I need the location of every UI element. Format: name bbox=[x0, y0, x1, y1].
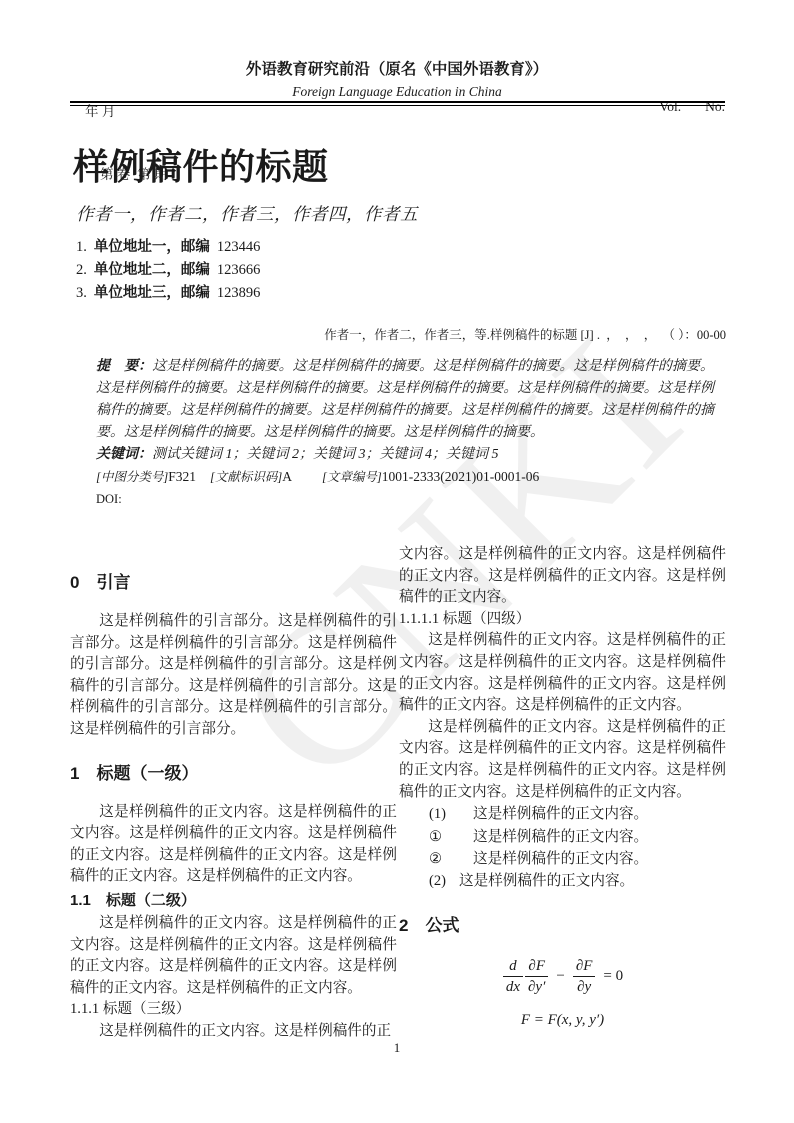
section-1-1-heading: 1.1 标题（二级） bbox=[70, 890, 397, 911]
fraction-d-dx: ddx bbox=[502, 957, 524, 996]
section-1-1-1-paragraph-continued: 文内容。这是样例稿件的正文内容。这是样例稿件的正文内容。这是样例稿件的正文内容。… bbox=[399, 544, 726, 609]
keywords-text: 测试关键词 1；关键词 2；关键词 3；关键词 4；关键词 5 bbox=[152, 447, 499, 462]
abstract-block: 提 要：这是样例稿件的摘要。这是样例稿件的摘要。这是样例稿件的摘要。这是样例稿件… bbox=[96, 356, 714, 510]
section-0-heading: 0 引言 bbox=[70, 572, 397, 594]
fraction-numerator: d bbox=[503, 957, 523, 977]
list-item: (2)这是样例稿件的正文内容。 bbox=[399, 870, 726, 892]
article-id-value: 1001-2333(2021)01-0001-06 bbox=[382, 469, 539, 484]
fraction-dF-dy-prime: ∂F∂y′ bbox=[524, 957, 549, 996]
section-1-paragraph: 这是样例稿件的正文内容。这是样例稿件的正文内容。这是样例稿件的正文内容。这是样例… bbox=[70, 802, 397, 888]
list-marker: (2) bbox=[429, 870, 459, 892]
formula-1: ddx∂F∂y′−∂F∂y= 0 bbox=[502, 957, 623, 996]
affiliation-number: 3. bbox=[76, 285, 87, 301]
fraction-numerator: ∂F bbox=[573, 957, 596, 977]
list-item: ②这是样例稿件的正文内容。 bbox=[399, 848, 726, 870]
fraction-dF-dy: ∂F∂y bbox=[572, 957, 597, 996]
section-1-1-1-1-paragraph-1: 这是样例稿件的正文内容。这是样例稿件的正文内容。这是样例稿件的正文内容。这是样例… bbox=[399, 630, 726, 716]
column-right: 文内容。这是样例稿件的正文内容。这是样例稿件的正文内容。这是样例稿件的正文内容。… bbox=[399, 544, 726, 1042]
affiliation-row: 3.单位地址三，邮编123896 bbox=[76, 282, 260, 305]
formula-euler-lagrange: ddx∂F∂y′−∂F∂y= 0 bbox=[399, 957, 726, 996]
clc-value: F321 bbox=[168, 469, 196, 484]
section-1-1-paragraph: 这是样例稿件的正文内容。这是样例稿件的正文内容。这是样例稿件的正文内容。这是样例… bbox=[70, 913, 397, 999]
keywords-line: 关键词：测试关键词 1；关键词 2；关键词 3；关键词 4；关键词 5 bbox=[96, 444, 714, 466]
author-line: 作者一，作者二，作者三，作者四，作者五 bbox=[76, 201, 418, 226]
affiliation-number: 1. bbox=[76, 239, 87, 255]
affiliation-zip: 123896 bbox=[217, 285, 261, 301]
affiliation-number: 2. bbox=[76, 262, 87, 278]
header-rule-thin bbox=[70, 105, 725, 106]
column-left: 0 引言 这是样例稿件的引言部分。这是样例稿件的引言部分。这是样例稿件的引言部分… bbox=[70, 558, 397, 1040]
header-right: Vol.No. bbox=[646, 83, 725, 131]
section-1-1-1-heading: 1.1.1 标题（三级） bbox=[70, 999, 397, 1021]
journal-page: CNKI 年 月 第 卷 第 期 外语教育研究前沿（原名《中国外语教育》） Fo… bbox=[0, 0, 794, 1123]
affiliation-address: 单位地址二，邮编 bbox=[94, 262, 210, 278]
list-item: ①这是样例稿件的正文内容。 bbox=[399, 826, 726, 848]
fraction-numerator: ∂F bbox=[525, 957, 548, 977]
list-text: 这是样例稿件的正文内容。 bbox=[473, 851, 648, 867]
equals-zero: = 0 bbox=[603, 968, 623, 984]
list-text: 这是样例稿件的正文内容。 bbox=[473, 806, 648, 822]
journal-title-cn: 外语教育研究前沿（原名《中国外语教育》） bbox=[140, 57, 654, 79]
section-1-1-1-paragraph-start: 这是样例稿件的正文内容。这是样例稿件的正 bbox=[70, 1021, 397, 1040]
article-title: 样例稿件的标题 bbox=[73, 139, 329, 190]
keywords-label: 关键词： bbox=[96, 447, 152, 462]
clc-label: [中图分类号] bbox=[96, 470, 168, 484]
classification-line: [中图分类号]F321[文献标识码]A[文章编号]1001-2333(2021)… bbox=[96, 466, 714, 488]
header-rule-thick bbox=[70, 101, 725, 103]
list-marker: ① bbox=[429, 826, 473, 848]
article-id-label: [文章编号] bbox=[322, 470, 382, 484]
header-center: 外语教育研究前沿（原名《中国外语教育》） Foreign Language Ed… bbox=[140, 57, 654, 100]
affiliation-address: 单位地址三，邮编 bbox=[94, 285, 210, 301]
formula-2: F = F(x, y, y′) bbox=[399, 1010, 726, 1032]
doc-code-value: A bbox=[282, 469, 292, 484]
journal-title-en: Foreign Language Education in China bbox=[140, 84, 654, 100]
minus-operator: − bbox=[556, 968, 564, 984]
citation-line: 作者一，作者二，作者三，等.样例稿件的标题 [J] . ， ， ， （ ）：00… bbox=[324, 325, 726, 343]
fraction-denominator: ∂y bbox=[573, 977, 596, 996]
page-number: 1 bbox=[0, 1040, 794, 1056]
section-1-1-1-1-paragraph-2: 这是样例稿件的正文内容。这是样例稿件的正文内容。这是样例稿件的正文内容。这是样例… bbox=[399, 717, 726, 803]
list-text: 这是样例稿件的正文内容。 bbox=[459, 873, 634, 889]
list-item: (1)这是样例稿件的正文内容。 bbox=[399, 803, 726, 825]
abstract-text: 这是样例稿件的摘要。这是样例稿件的摘要。这是样例稿件的摘要。这是样例稿件的摘要。… bbox=[96, 359, 714, 440]
list-marker: ② bbox=[429, 848, 473, 870]
affiliation-zip: 123666 bbox=[217, 262, 261, 278]
section-2-heading: 2 公式 bbox=[399, 915, 726, 937]
abstract-paragraph: 提 要：这是样例稿件的摘要。这是样例稿件的摘要。这是样例稿件的摘要。这是样例稿件… bbox=[96, 356, 714, 444]
list-marker: (1) bbox=[429, 803, 473, 825]
affiliation-row: 2.单位地址二，邮编123666 bbox=[76, 259, 260, 282]
abstract-label: 提 要： bbox=[96, 359, 152, 374]
doc-code-label: [文献标识码] bbox=[210, 470, 282, 484]
affiliation-zip: 123446 bbox=[217, 239, 261, 255]
doi-line: DOI: bbox=[96, 488, 714, 510]
fraction-denominator: dx bbox=[503, 977, 523, 996]
section-1-1-1-1-heading: 1.1.1.1 标题（四级） bbox=[399, 609, 726, 631]
list-text: 这是样例稿件的正文内容。 bbox=[473, 829, 648, 845]
affiliation-address: 单位地址一，邮编 bbox=[94, 239, 210, 255]
section-1-heading: 1 标题（一级） bbox=[70, 763, 397, 785]
fraction-denominator: ∂y′ bbox=[525, 977, 548, 996]
affiliation-row: 1.单位地址一，邮编123446 bbox=[76, 236, 260, 259]
section-0-paragraph: 这是样例稿件的引言部分。这是样例稿件的引言部分。这是样例稿件的引言部分。这是样例… bbox=[70, 611, 397, 741]
affiliation-list: 1.单位地址一，邮编123446 2.单位地址二，邮编123666 3.单位地址… bbox=[76, 236, 260, 305]
